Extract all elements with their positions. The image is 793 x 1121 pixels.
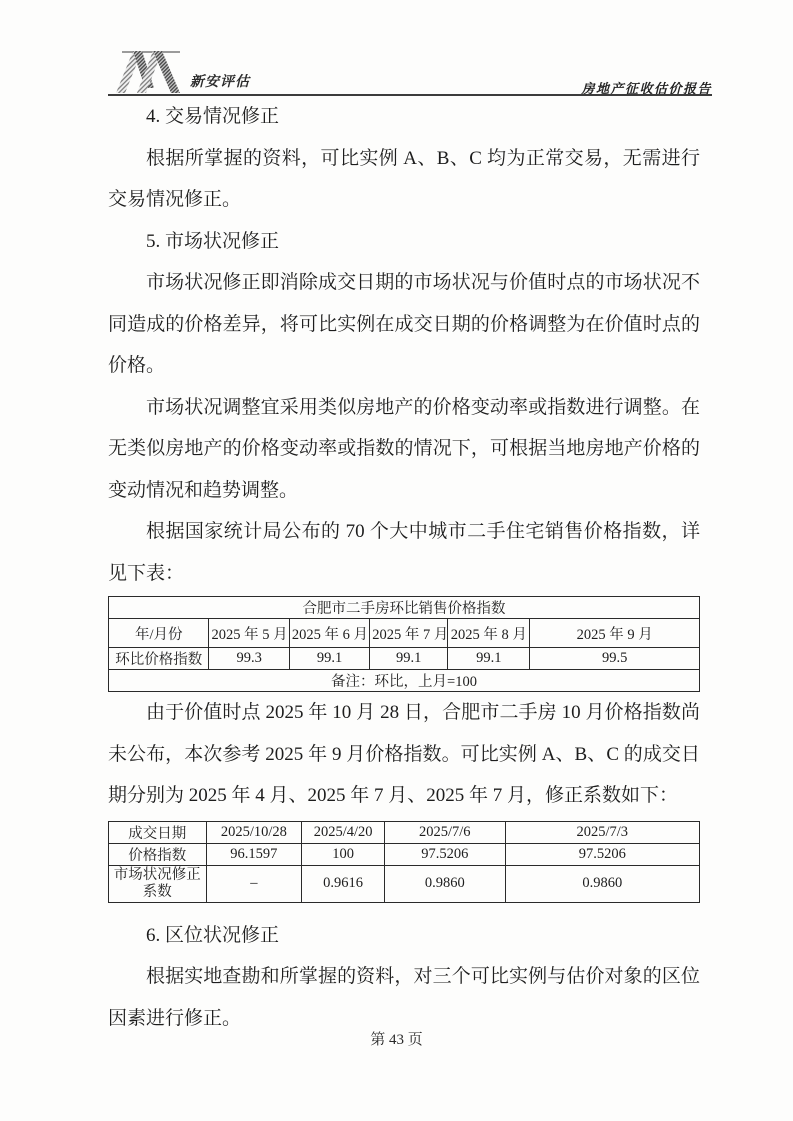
correction-factor-value: 0.9616 <box>302 865 385 902</box>
table-note: 备注：环比，上月=100 <box>109 670 700 692</box>
index-value: 99.3 <box>209 648 289 670</box>
row-label-index: 环比价格指数 <box>109 648 209 670</box>
row-label-deal-date: 成交日期 <box>109 821 207 843</box>
price-index-value: 97.5206 <box>384 843 505 865</box>
correction-factor-value: 0.9860 <box>505 865 699 902</box>
deal-date-value: 2025/7/3 <box>505 821 699 843</box>
section-5-paragraph-1: 市场状况修正即消除成交日期的市场状况与价值时点的市场状况不同造成的价格差异，将可… <box>108 262 700 387</box>
col-header-month: 2025 年 5 月 <box>209 619 289 648</box>
price-index-value: 97.5206 <box>505 843 699 865</box>
correction-table: 成交日期 2025/10/28 2025/4/20 2025/7/6 2025/… <box>108 821 700 903</box>
correction-factor-value: 0.9860 <box>384 865 505 902</box>
company-name: 新安评估 <box>190 71 250 91</box>
col-header-month: 2025 年 6 月 <box>289 619 369 648</box>
section-6-paragraph: 根据实地查勘和所掌握的资料，对三个可比实例与估价对象的区位因素进行修正。 <box>108 956 700 1039</box>
section-5-heading: 5. 市场状况修正 <box>108 221 700 263</box>
row-label-market-correction: 市场状况修正系数 <box>109 865 207 902</box>
section-5-paragraph-4: 由于价值时点 2025 年 10 月 28 日，合肥市二手房 10 月价格指数尚… <box>108 692 700 817</box>
index-value: 99.5 <box>530 648 700 670</box>
col-header-month: 2025 年 7 月 <box>370 619 448 648</box>
row-label-price-index: 价格指数 <box>109 843 207 865</box>
company-logo-icon <box>114 47 182 94</box>
section-4-paragraph: 根据所掌握的资料，可比实例 A、B、C 均为正常交易，无需进行交易情况修正。 <box>108 138 700 221</box>
deal-date-value: 2025/4/20 <box>302 821 385 843</box>
correction-factor-value: – <box>206 865 302 902</box>
price-index-table-title: 合肥市二手房环比销售价格指数 <box>109 597 700 619</box>
index-value: 99.1 <box>448 648 530 670</box>
col-header-period: 年/月份 <box>109 619 209 648</box>
section-5-paragraph-3: 根据国家统计局公布的 70 个大中城市二手住宅销售价格指数，详见下表： <box>108 511 700 594</box>
index-value: 99.1 <box>289 648 369 670</box>
page-number: 第 43 页 <box>0 1028 793 1049</box>
price-index-value: 96.1597 <box>206 843 302 865</box>
document-body: 4. 交易情况修正 根据所掌握的资料，可比实例 A、B、C 均为正常交易，无需进… <box>108 96 700 1039</box>
price-index-table: 合肥市二手房环比销售价格指数 年/月份 2025 年 5 月 2025 年 6 … <box>108 596 700 692</box>
deal-date-value: 2025/7/6 <box>384 821 505 843</box>
col-header-month: 2025 年 9 月 <box>530 619 700 648</box>
section-6-heading: 6. 区位状况修正 <box>108 915 700 957</box>
col-header-month: 2025 年 8 月 <box>448 619 530 648</box>
index-value: 99.1 <box>370 648 448 670</box>
section-4-heading: 4. 交易情况修正 <box>108 96 700 138</box>
price-index-value: 100 <box>302 843 385 865</box>
deal-date-value: 2025/10/28 <box>206 821 302 843</box>
section-5-paragraph-2: 市场状况调整宜采用类似房地产的价格变动率或指数进行调整。在无类似房地产的价格变动… <box>108 387 700 512</box>
